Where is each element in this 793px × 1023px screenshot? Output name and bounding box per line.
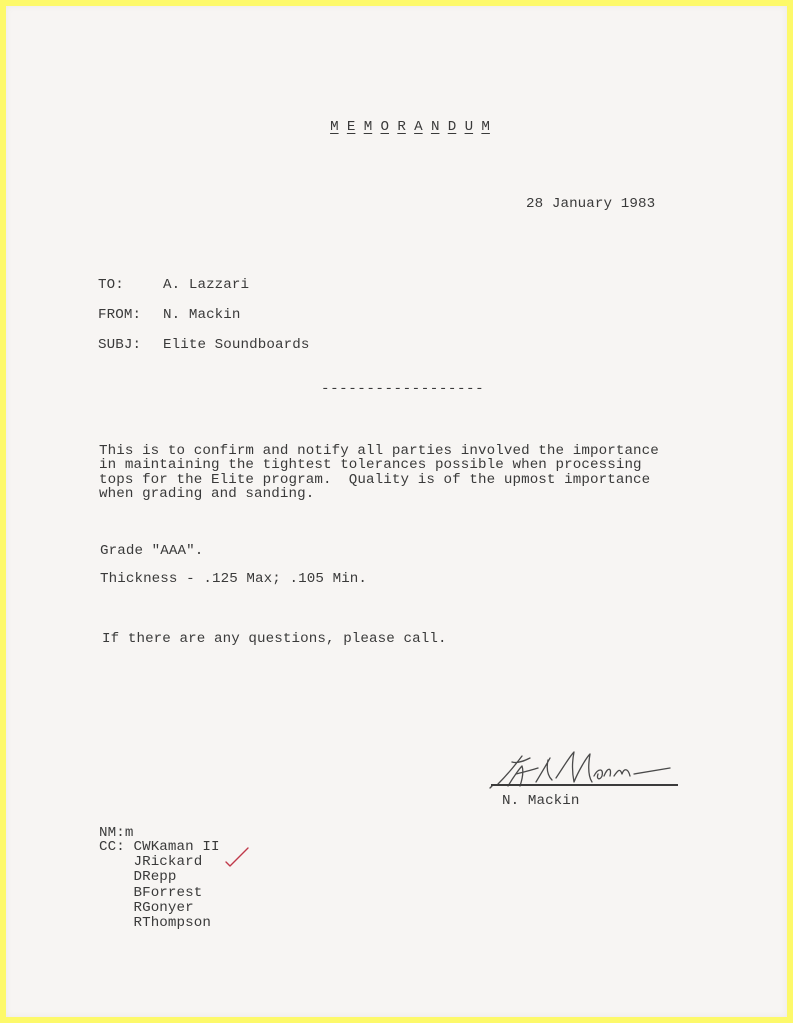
body-line: This is to confirm and notify all partie… bbox=[99, 444, 729, 458]
title-letter: O bbox=[381, 120, 390, 135]
memo-page: MEMORANDUM 28 January 1983 TO: A. Lazzar… bbox=[6, 6, 787, 1017]
body-paragraph: This is to confirm and notify all partie… bbox=[99, 444, 729, 501]
section-divider: ------------------ bbox=[321, 382, 484, 397]
subject-value: Elite Soundboards bbox=[163, 338, 309, 353]
cc-recipient: RGonyer bbox=[133, 900, 193, 916]
cc-recipient: DRepp bbox=[133, 869, 176, 885]
from-value: N. Mackin bbox=[163, 308, 241, 323]
thickness-line: Thickness - .125 Max; .105 Min. bbox=[100, 572, 367, 587]
title-letter: M bbox=[481, 120, 490, 135]
title-letter: N bbox=[431, 120, 440, 135]
closing-line: If there are any questions, please call. bbox=[102, 632, 447, 647]
cc-recipient: CWKaman II bbox=[133, 839, 219, 855]
cc-recipient: BForrest bbox=[133, 885, 202, 901]
from-label: FROM: bbox=[98, 308, 141, 323]
title-letter: A bbox=[414, 120, 423, 135]
title-letter: D bbox=[448, 120, 457, 135]
cc-list: CC: CWKaman II JRickard DRepp BForrest R… bbox=[99, 840, 220, 931]
subject-label: SUBJ: bbox=[98, 338, 141, 353]
cc-label: CC: bbox=[99, 839, 125, 855]
memo-date: 28 January 1983 bbox=[526, 197, 655, 212]
title-letter: U bbox=[465, 120, 474, 135]
to-value: A. Lazzari bbox=[163, 278, 249, 293]
body-line: in maintaining the tightest tolerances p… bbox=[99, 458, 729, 472]
to-label: TO: bbox=[98, 278, 124, 293]
memo-title: MEMORANDUM bbox=[296, 105, 498, 150]
title-letter: R bbox=[397, 120, 406, 135]
cc-recipient: RThompson bbox=[133, 915, 211, 931]
title-letter: M bbox=[364, 120, 373, 135]
signer-name: N. Mackin bbox=[502, 794, 580, 809]
cc-recipient: JRickard bbox=[133, 854, 202, 870]
title-letter: M bbox=[330, 120, 339, 135]
grade-line: Grade "AAA". bbox=[100, 544, 203, 559]
checkmark-icon bbox=[224, 846, 250, 868]
title-letter: E bbox=[347, 120, 356, 135]
body-line: tops for the Elite program. Quality is o… bbox=[99, 473, 729, 487]
signature-line bbox=[491, 784, 678, 786]
body-line: when grading and sanding. bbox=[99, 487, 729, 501]
